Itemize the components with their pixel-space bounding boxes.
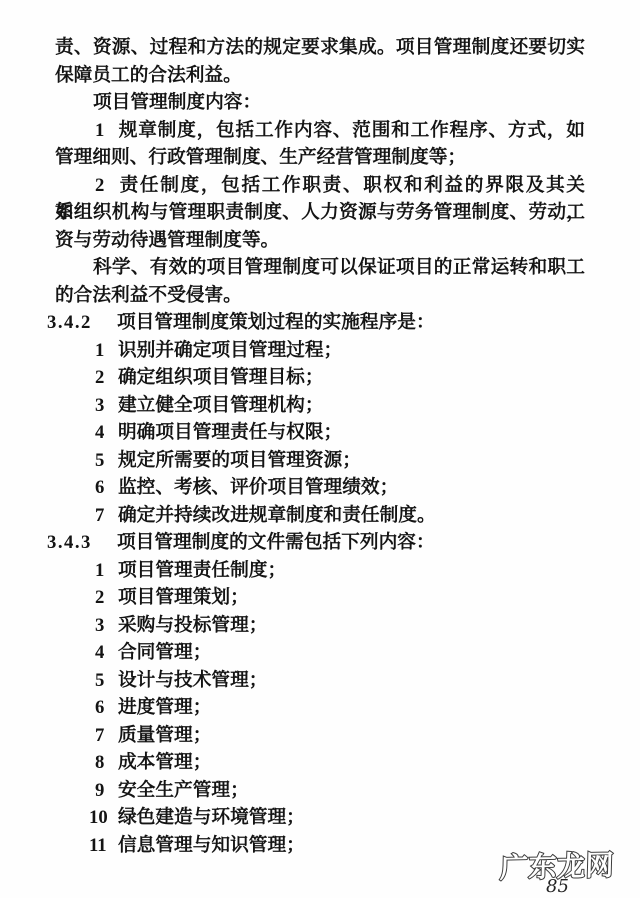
paragraph-line: 如组织机构与管理职责制度、人力资源与劳务管理制度、劳动工	[55, 199, 585, 227]
line-text: 责、资源、过程和方法的规定要求集成。项目管理制度还要切实	[55, 37, 585, 58]
paragraph-line: 保障员工的合法利益。	[55, 62, 585, 90]
line-text: 质量管理；	[118, 725, 211, 746]
line-text: 安全生产管理；	[118, 780, 249, 801]
item-number: 2	[95, 584, 118, 612]
item-number: 7	[95, 502, 118, 530]
item-number: 6	[95, 694, 118, 722]
list-item-line: 1项目管理责任制度；	[55, 557, 585, 585]
paragraph-line: 管理细则、行政管理制度、生产经营管理制度等；	[55, 144, 585, 172]
document-page: 责、资源、过程和方法的规定要求集成。项目管理制度还要切实 保障员工的合法利益。 …	[0, 0, 640, 898]
item-number: 4	[95, 639, 118, 667]
line-text: 建立健全项目管理机构；	[118, 395, 324, 416]
paragraph-line: 项目管理制度内容：	[55, 89, 585, 117]
item-number: 2	[95, 172, 118, 200]
list-item-line: 2项目管理策划；	[55, 584, 585, 612]
line-text: 设计与技术管理；	[118, 670, 268, 691]
line-text: 采购与投标管理；	[118, 615, 268, 636]
text-block: 责、资源、过程和方法的规定要求集成。项目管理制度还要切实 保障员工的合法利益。 …	[55, 34, 585, 859]
line-text: 确定并持续改进规章制度和责任制度。	[118, 505, 436, 526]
list-item-line: 3采购与投标管理；	[55, 612, 585, 640]
list-item-line: 6进度管理；	[55, 694, 585, 722]
line-text: 绿色建造与环境管理；	[118, 807, 305, 828]
list-item-line: 1识别并确定项目管理过程；	[55, 337, 585, 365]
list-item-line: 4明确项目管理责任与权限；	[55, 419, 585, 447]
item-number: 1	[95, 117, 118, 145]
line-text: 项目管理策划；	[118, 587, 249, 608]
line-text: 项目管理制度策划过程的实施程序是：	[117, 312, 435, 333]
item-number: 7	[95, 722, 118, 750]
list-item-line: 3建立健全项目管理机构；	[55, 392, 585, 420]
section-heading-line: 3.4.2项目管理制度策划过程的实施程序是：	[55, 309, 585, 337]
line-text: 项目管理责任制度；	[118, 560, 286, 581]
watermark: 广东龙网 85	[495, 845, 620, 897]
item-number: 5	[95, 667, 118, 695]
item-number: 5	[95, 447, 118, 475]
line-text: 项目管理制度内容：	[93, 92, 261, 113]
line-text: 识别并确定项目管理过程；	[118, 340, 342, 361]
line-text: 成本管理；	[118, 752, 211, 773]
list-item-line: 8成本管理；	[55, 749, 585, 777]
list-item-line: 10绿色建造与环境管理；	[55, 804, 585, 832]
list-item-line: 7确定并持续改进规章制度和责任制度。	[55, 502, 585, 530]
line-text: 规定所需要的项目管理资源；	[118, 450, 361, 471]
section-heading-line: 3.4.3项目管理制度的文件需包括下列内容：	[55, 529, 585, 557]
paragraph-line: 责、资源、过程和方法的规定要求集成。项目管理制度还要切实	[55, 34, 585, 62]
list-item-line: 5规定所需要的项目管理资源；	[55, 447, 585, 475]
line-text: 资与劳动待遇管理制度等。	[55, 230, 279, 251]
item-number: 10	[89, 804, 118, 832]
line-text: 进度管理；	[118, 697, 211, 718]
list-item-line: 1规章制度，包括工作内容、范围和工作程序、方式，如	[55, 117, 585, 145]
line-text: 规章制度，包括工作内容、范围和工作程序、方式，如	[118, 120, 585, 141]
paragraph-line: 的合法利益不受侵害。	[55, 282, 585, 310]
list-item-line: 2确定组织项目管理目标；	[55, 364, 585, 392]
paragraph-line: 资与劳动待遇管理制度等。	[55, 227, 585, 255]
line-text: 项目管理制度的文件需包括下列内容：	[117, 532, 435, 553]
list-item-line: 4合同管理；	[55, 639, 585, 667]
line-text: 监控、考核、评价项目管理绩效；	[118, 477, 398, 498]
line-text: 的合法利益不受侵害。	[55, 285, 242, 306]
item-number: 6	[95, 474, 118, 502]
item-number: 11	[89, 832, 118, 860]
item-number: 2	[95, 364, 118, 392]
line-text: 信息管理与知识管理；	[118, 835, 305, 856]
list-item-line: 6监控、考核、评价项目管理绩效；	[55, 474, 585, 502]
list-item-line: 2责任制度，包括工作职责、职权和利益的界限及其关系，	[55, 172, 585, 200]
line-text: 保障员工的合法利益。	[55, 65, 242, 86]
line-text: 科学、有效的项目管理制度可以保证项目的正常运转和职工	[93, 257, 585, 278]
line-text: 确定组织项目管理目标；	[118, 367, 324, 388]
item-number: 3	[95, 612, 118, 640]
item-number: 9	[95, 777, 118, 805]
item-number: 8	[95, 749, 118, 777]
item-number: 3	[95, 392, 118, 420]
item-number: 3.4.2	[47, 309, 117, 337]
line-text: 如组织机构与管理职责制度、人力资源与劳务管理制度、劳动工	[55, 202, 585, 223]
watermark-text: 广东龙网	[500, 843, 615, 886]
item-number: 1	[95, 557, 118, 585]
line-text: 管理细则、行政管理制度、生产经营管理制度等；	[55, 147, 466, 168]
list-item-line: 9安全生产管理；	[55, 777, 585, 805]
line-text: 合同管理；	[118, 642, 211, 663]
line-text: 明确项目管理责任与权限；	[118, 422, 342, 443]
item-number: 4	[95, 419, 118, 447]
paragraph-line: 科学、有效的项目管理制度可以保证项目的正常运转和职工	[55, 254, 585, 282]
item-number: 3.4.3	[47, 529, 117, 557]
item-number: 1	[95, 337, 118, 365]
list-item-line: 5设计与技术管理；	[55, 667, 585, 695]
list-item-line: 7质量管理；	[55, 722, 585, 750]
